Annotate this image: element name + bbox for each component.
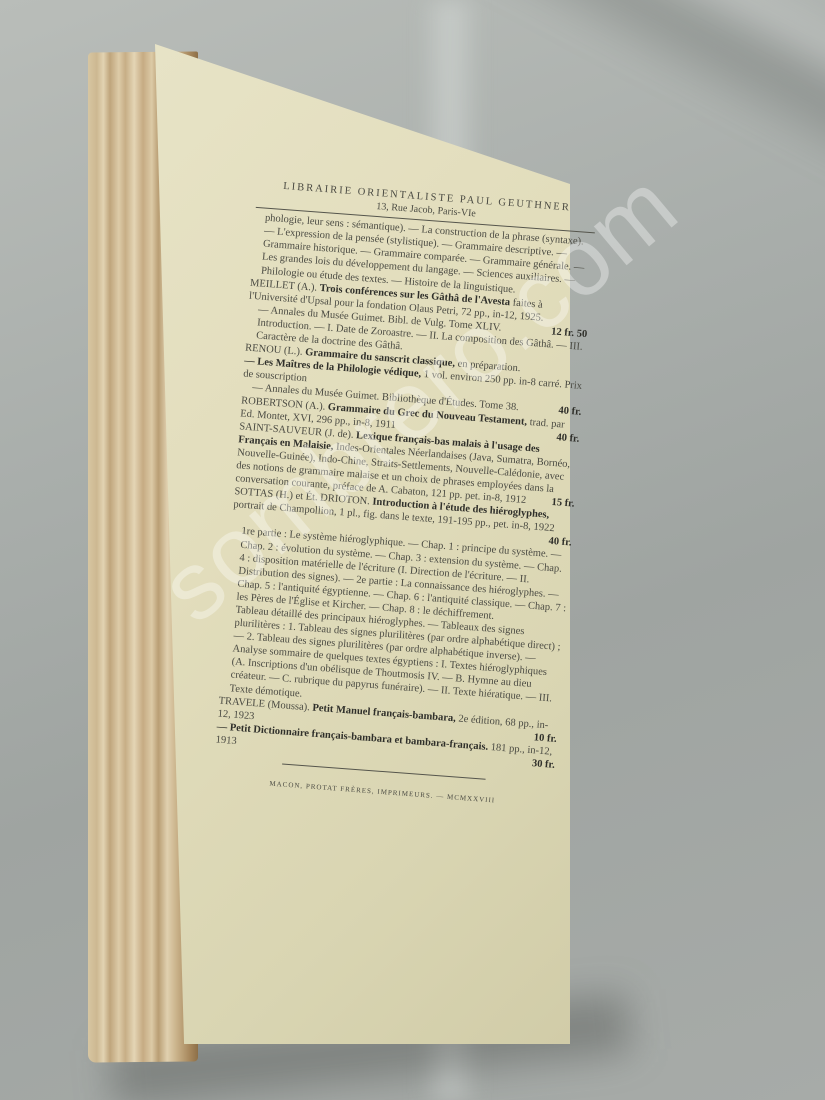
entry-price: 30 fr. bbox=[531, 757, 555, 772]
entry-price: 40 fr. bbox=[556, 431, 580, 446]
entry-price: 15 fr. bbox=[551, 496, 575, 511]
footer-rule bbox=[282, 763, 486, 779]
entry-price: 40 fr. bbox=[558, 405, 582, 420]
